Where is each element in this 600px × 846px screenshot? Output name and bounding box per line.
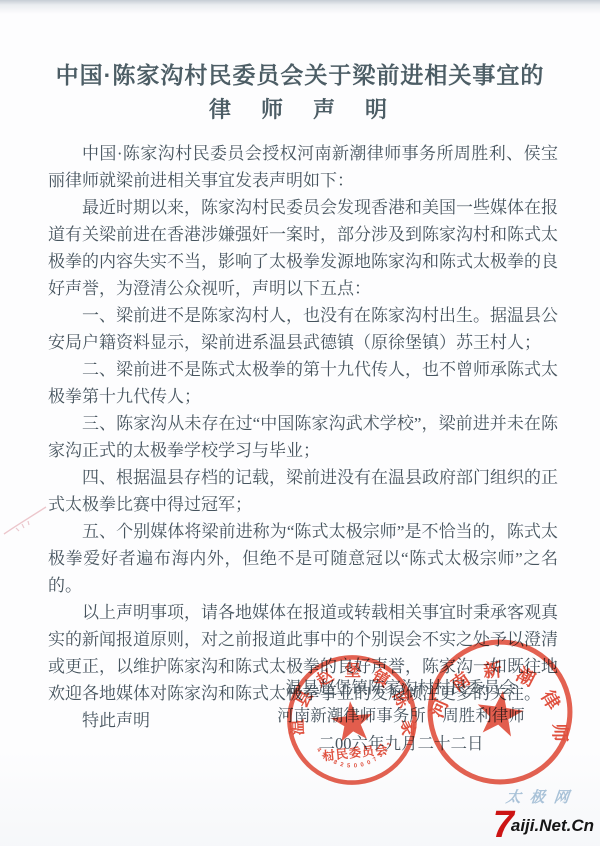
seal-star-icon xyxy=(329,699,374,742)
statement-item-2: 二、梁前进不是陈式太极拳的第十九代传人，也不曾师承陈式太极拳第十九代传人； xyxy=(48,356,558,410)
scanned-statement-page: 中国·陈家沟村民委员会关于梁前进相关事宜的 律 师 声 明 中国·陈家沟村民委员… xyxy=(0,0,600,846)
statement-item-4: 四、根据温县存档的记载，梁前进没有在温县政府部门组织的正式太极拳比赛中得过冠军； xyxy=(48,464,558,518)
seal-ring-label: 温县赵堡镇陈家沟村 xyxy=(277,645,419,751)
stray-ink-mark xyxy=(2,494,50,548)
logo-latin-label: aiji.Net.Cn xyxy=(511,816,594,835)
svg-text:温县赵堡镇陈家沟村: 温县赵堡镇陈家沟村 xyxy=(277,645,419,751)
statement-paragraph: 中国·陈家沟村民委员会授权河南新潮律师事务所周胜利、侯宝丽律师就梁前进相关事宜发… xyxy=(48,140,558,194)
document-title: 中国·陈家沟村民委员会关于梁前进相关事宜的 律 师 声 明 xyxy=(0,58,600,128)
scan-edge-artifact xyxy=(0,0,600,14)
statement-item-3: 三、陈家沟从未存在过“中国陈家沟武术学校”，梁前进并未在陈家沟正式的太极拳学校学… xyxy=(48,410,558,464)
statement-item-1: 一、梁前进不是陈家沟村人，也没有在陈家沟村出生。据温县公安局户籍资料显示，梁前进… xyxy=(48,302,558,356)
watermark-logo: 7aiji.Net.Cn xyxy=(493,810,594,840)
title-line-1: 中国·陈家沟村民委员会关于梁前进相关事宜的 xyxy=(0,58,600,92)
seal-star-icon xyxy=(474,688,526,738)
village-committee-seal-icon: 温县赵堡镇陈家沟村 村民委员会 4108250007313 xyxy=(277,645,426,794)
statement-item-5: 五、个别媒体将梁前进称为“陈式太极宗师”是不恰当的，陈式太极拳爱好者遍布海内外，… xyxy=(48,518,558,599)
title-line-2: 律 师 声 明 xyxy=(0,92,600,128)
taiji-net-watermark: 太极网 7aiji.Net.Cn xyxy=(426,788,596,840)
watermark-chinese-label: 太极网 xyxy=(505,786,579,807)
law-firm-seal-icon: 河南新潮律师事务所 xyxy=(414,626,586,798)
statement-paragraph: 最近时期以来，陈家沟村民委员会发现香港和美国一些媒体在报道有关梁前进在香港涉嫌强… xyxy=(48,194,558,302)
